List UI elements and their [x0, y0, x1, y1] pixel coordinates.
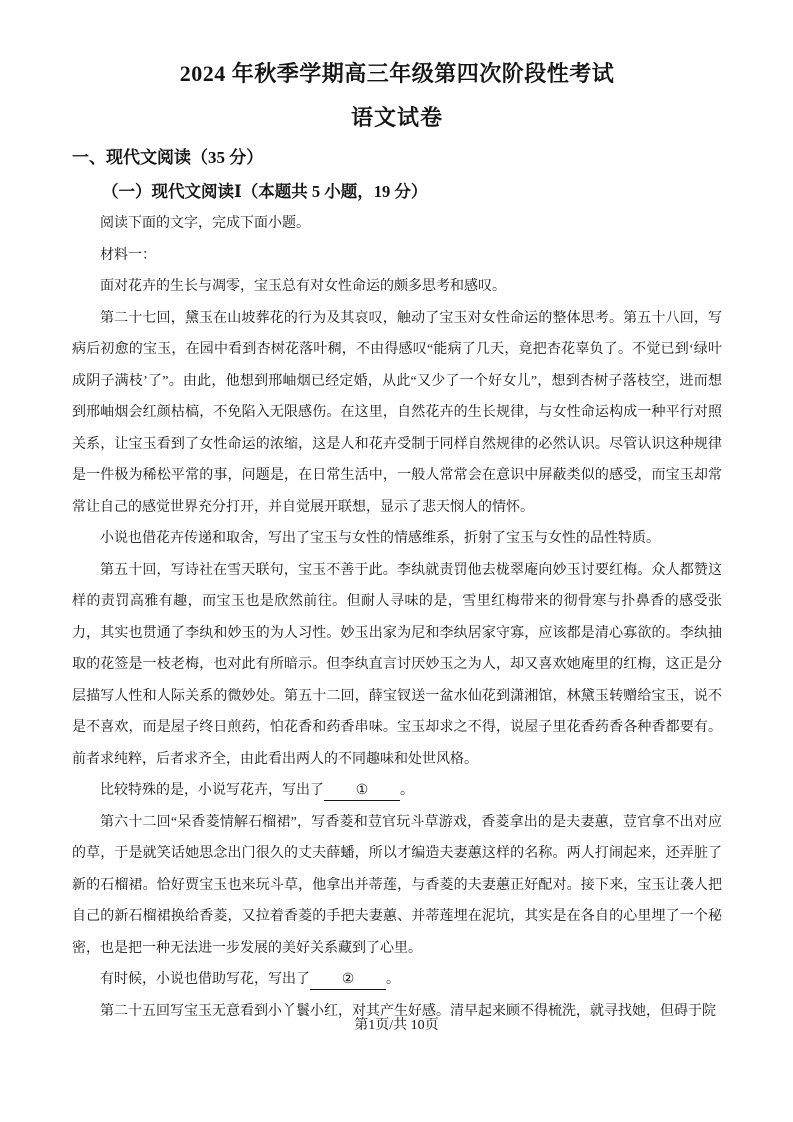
- exam-paper-page: 2024 年秋季学期高三年级第四次阶段性考试 语文试卷 一、现代文阅读（35 分…: [0, 0, 793, 1122]
- reading-material: 阅读下面的文字，完成下面小题。 材料一： 面对花卉的生长与凋零，宝玉总有对女性命…: [72, 208, 722, 1027]
- paragraph: 小说也借花卉传递和取舍，写出了宝玉与女性的情感维系，折射了宝玉与女性的品性特质。: [72, 523, 722, 555]
- circled-number-1: ①: [356, 783, 369, 798]
- fill-blank-2: ②: [310, 971, 386, 990]
- paragraph-with-blank-1: 比较特殊的是，小说写花卉，写出了①。: [72, 775, 722, 807]
- paragraph: 第二十七回，黛玉在山坡葬花的行为及其哀叹，触动了宝玉对女性命运的整体思考。第五十…: [72, 303, 722, 524]
- blank-1-suffix: 。: [400, 783, 414, 798]
- intro-line: 阅读下面的文字，完成下面小题。: [72, 208, 722, 240]
- doc-subtitle: 语文试卷: [72, 103, 722, 133]
- doc-title: 2024 年秋季学期高三年级第四次阶段性考试: [72, 59, 722, 89]
- blank-2-prefix: 有时候，小说也借助写花，写出了: [100, 972, 310, 987]
- paragraph: 面对花卉的生长与凋零，宝玉总有对女性命运的颇多思考和感叹。: [72, 271, 722, 303]
- material-label: 材料一：: [72, 240, 722, 272]
- paragraph: 第五十回，写诗社在雪天联句，宝玉不善于此。李纨就责罚他去栊翠庵向妙玉讨要红梅。众…: [72, 555, 722, 776]
- circled-number-2: ②: [342, 972, 355, 987]
- subsection-heading: （一）现代文阅读Ⅰ（本题共 5 小题，19 分）: [102, 179, 722, 205]
- fill-blank-1: ①: [324, 782, 400, 801]
- paragraph-with-blank-2: 有时候，小说也借助写花，写出了②。: [72, 964, 722, 996]
- section-heading: 一、现代文阅读（35 分）: [72, 145, 722, 171]
- paragraph: 第六十二回“呆香菱情解石榴裙”，写香菱和荳官玩斗草游戏，香菱拿出的是夫妻蕙，荳官…: [72, 807, 722, 965]
- blank-2-suffix: 。: [386, 972, 400, 987]
- page-number-footer: 第1页/共 10页: [0, 1016, 793, 1036]
- blank-1-prefix: 比较特殊的是，小说写花卉，写出了: [100, 783, 324, 798]
